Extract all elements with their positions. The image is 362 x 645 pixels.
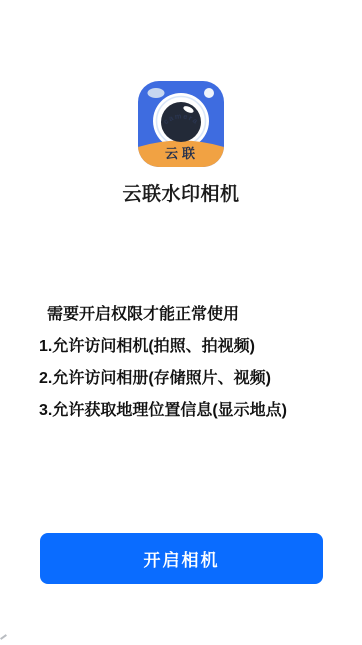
icon-badge-text: 云联 xyxy=(165,146,199,161)
app-icon: camera 云联 xyxy=(138,81,224,167)
app-permission-screen: camera 云联 云联水印相机 需要开启权限才能正常使用 1.允许访问相机(拍… xyxy=(0,0,362,645)
app-title: 云联水印相机 xyxy=(0,179,362,206)
open-camera-button[interactable]: 开启相机 xyxy=(40,533,323,584)
permission-item-location: 3.允许获取地理位置信息(显示地点) xyxy=(39,401,362,421)
flash-icon xyxy=(148,88,165,98)
permission-item-camera: 1.允许访问相机(拍照、拍视频) xyxy=(39,337,362,357)
permission-item-album: 2.允许访问相册(存储照片、视频) xyxy=(39,369,362,389)
permissions-heading: 需要开启权限才能正常使用 xyxy=(47,305,362,325)
cursor-artifact xyxy=(0,634,7,640)
viewfinder-dot-icon xyxy=(204,88,214,98)
permissions-block: 需要开启权限才能正常使用 1.允许访问相机(拍照、拍视频) 2.允许访问相册(存… xyxy=(0,305,362,433)
